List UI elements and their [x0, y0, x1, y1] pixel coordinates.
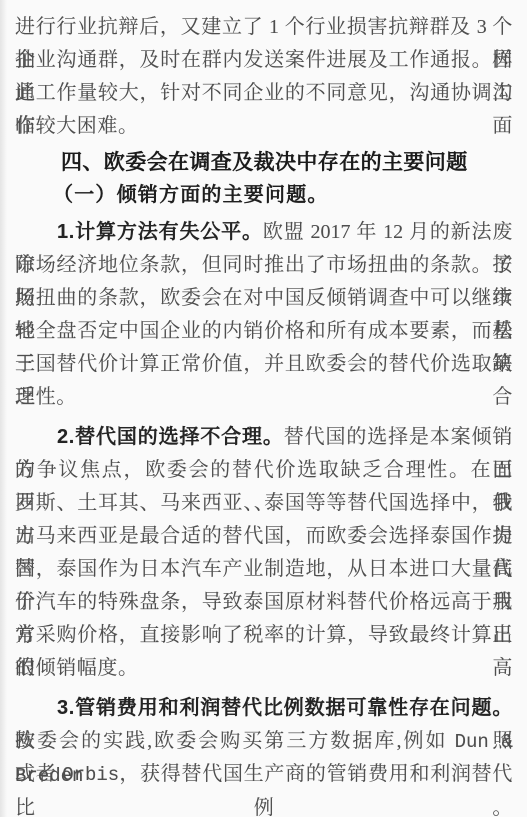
paragraph-line: 三国替代价计算正常价值，并且欧委会的替代价选取缺乏合 [15, 348, 513, 381]
paragraph-line: 地全盘否定中国企业的内销价格和所有成本要素，而基于第 [15, 315, 513, 348]
paragraph-line: 3.管销费用和利润替代比例数据可靠性存在问题。按照 [15, 692, 513, 725]
text-run: 理性。 [15, 386, 77, 408]
paragraph-line: 市场经济地位条款，但同时推出了市场扭曲的条款。按照市 [15, 249, 513, 282]
text-run: （一）倾销方面的主要问题。 [53, 184, 329, 206]
text-run: 的倾销幅度。 [15, 657, 139, 679]
text-run: 年 [351, 221, 384, 243]
paragraph-line: 的争议焦点，欧委会的替代价选取缺乏合理性。在巴西、俄 [15, 454, 513, 487]
document-content: 进行行业抗辩后，又建立了 1 个行业损害抗辩群及 3 个抽样企业沟通群，及时在群… [15, 11, 513, 791]
paragraph-line: 常采购价格，直接影响了税率的计算，导致最终计算出很高 [15, 619, 513, 652]
text-run: 个行业损害抗辩群及 [279, 16, 477, 38]
bold-text-run: 1.计算方法有失公平。 [57, 221, 263, 243]
text-run: 或者 [15, 763, 62, 785]
text-run: 进行行业抗辩后，又建立了 [15, 16, 269, 38]
text-run: 3 [477, 16, 487, 38]
text-run: 欧委会的实践,欧委会购买第三方数据库,例如 [15, 730, 455, 752]
paragraph-line: 于汽车的特殊盘条，导致泰国原材料替代价格远高于我方正 [15, 586, 513, 619]
text-run: 欧盟 [263, 221, 311, 243]
paragraph-line: 2.替代国的选择不合理。替代国的选择是本案倾销方面 [15, 421, 513, 454]
paragraph-line: 罗斯、土耳其、马来西亚、泰国等等替代国选择中，我方提 [15, 487, 513, 520]
paragraph-line: 出马来西亚是最合适的替代国，而欧委会选择泰国作为替代 [15, 520, 513, 553]
scan-edge-shadow [0, 0, 7, 817]
paragraph-line: 或者 Orbis，获得替代国生产商的管销费用和利润替代比例。 [15, 758, 513, 791]
paragraph-line: 进行行业抗辩后，又建立了 1 个行业损害抗辩群及 3 个抽样 [15, 11, 513, 44]
paragraph-line: 通工作量较大，针对不同企业的不同意见，沟通协调工作面 [15, 77, 513, 110]
bold-text-run: 2.替代国的选择不合理。 [57, 426, 284, 448]
paragraph-line: 场扭曲的条款，欧委会在对中国反倾销调查中可以继续轻松 [15, 282, 513, 315]
text-run: 12 [383, 221, 403, 243]
paragraph-line: 欧委会的实践,欧委会购买第三方数据库,例如 Dun & Breden [15, 725, 513, 758]
document-page: 进行行业抗辩后，又建立了 1 个行业损害抗辩群及 3 个抽样企业沟通群，及时在群… [0, 0, 527, 817]
section-heading: 四、欧委会在调查及裁决中存在的主要问题 [15, 146, 513, 179]
text-run: 1 [269, 16, 279, 38]
latin-text-run: Orbis [62, 764, 119, 786]
paragraph-line: 国，泰国作为日本汽车产业制造地，从日本进口大量高价用 [15, 553, 513, 586]
text-run: 2017 [311, 221, 351, 243]
bold-text-run: 3.管销费用和利润替代比例数据可靠性存在问题。 [57, 697, 513, 719]
paragraph-line: 1.计算方法有失公平。欧盟 2017 年 12 月的新法废除了 [15, 216, 513, 249]
paragraph-line: 企业沟通群，及时在群内发送案件进展及工作通报。因此沟 [15, 44, 513, 77]
text-run: 临较大困难。 [15, 115, 139, 137]
subsection-heading: （一）倾销方面的主要问题。 [15, 179, 513, 212]
text-run: 三国替代价计算正常价值，并且欧委会的替代价选取缺乏合 [15, 353, 513, 408]
text-run: 四、欧委会在调查及裁决中存在的主要问题 [61, 151, 468, 174]
